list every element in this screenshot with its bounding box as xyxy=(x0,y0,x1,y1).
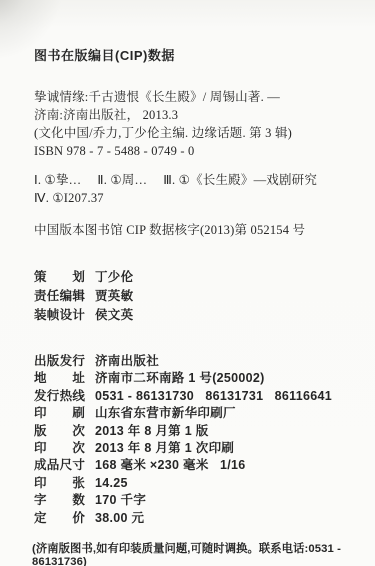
classification-line: Ⅰ. ①挚… Ⅱ. ①周… Ⅲ. ①《长生殿》—戏剧研究 xyxy=(34,171,355,189)
publication-value: 2013 年 8 月第 1 次印刷 xyxy=(95,440,234,457)
publication-label: 印 张 xyxy=(34,475,86,492)
credit-value: 贾英敏 xyxy=(95,287,133,306)
cip-record-line: 济南:济南出版社， 2013.3 xyxy=(34,106,355,124)
publication-value: 济南出版社 xyxy=(95,353,159,370)
publication-value: 济南市二环南路 1 号(250002) xyxy=(95,370,265,387)
publication-value: 0531 - 86131730 86131731 86116641 xyxy=(95,388,332,405)
credit-value: 丁少伦 xyxy=(95,268,133,287)
publication-row: 定 价 38.00 元 xyxy=(34,510,355,527)
cip-record-line: (文化中国/乔力,丁少伦主编. 边缘话题. 第 3 辑) xyxy=(34,124,355,142)
publication-label: 地 址 xyxy=(34,370,86,387)
publication-value: 168 毫米 ×230 毫米 1/16 xyxy=(95,457,245,474)
publication-row: 发行热线 0531 - 86131730 86131731 86116641 xyxy=(34,388,355,405)
cip-record-line: ISBN 978 - 7 - 5488 - 0749 - 0 xyxy=(34,142,355,160)
cip-registry-line: 中国版本图书馆 CIP 数据核字(2013)第 052154 号 xyxy=(34,221,355,239)
credit-label: 责任编辑 xyxy=(34,287,86,306)
publication-block: 出版发行 济南出版社 地 址 济南市二环南路 1 号(250002) 发行热线 … xyxy=(34,353,355,527)
publication-value: 38.00 元 xyxy=(95,510,144,527)
publication-row: 版 次 2013 年 8 月第 1 版 xyxy=(34,423,355,440)
publication-row: 地 址 济南市二环南路 1 号(250002) xyxy=(34,370,355,387)
credit-row: 装帧设计 侯文英 xyxy=(34,306,355,325)
publication-row: 印 张 14.25 xyxy=(34,475,355,492)
publication-value: 山东省东营市新华印刷厂 xyxy=(95,405,236,422)
publication-label: 版 次 xyxy=(34,423,86,440)
publication-label: 字 数 xyxy=(34,492,86,509)
publication-label: 定 价 xyxy=(34,510,86,527)
cip-heading: 图书在版编目(CIP)数据 xyxy=(34,45,355,64)
classification-block: Ⅰ. ①挚… Ⅱ. ①周… Ⅲ. ①《长生殿》—戏剧研究 Ⅳ. ①I207.37 xyxy=(34,171,355,207)
publication-value: 170 千字 xyxy=(95,492,146,509)
publication-label: 印 次 xyxy=(34,440,86,457)
publication-value: 2013 年 8 月第 1 版 xyxy=(95,423,209,440)
publication-label: 出版发行 xyxy=(34,353,86,370)
publication-label: 成品尺寸 xyxy=(34,457,86,474)
credit-row: 责任编辑 贾英敏 xyxy=(34,287,355,306)
publication-row: 字 数 170 千字 xyxy=(34,492,355,509)
publication-value: 14.25 xyxy=(95,475,128,492)
publication-row: 印 次 2013 年 8 月第 1 次印刷 xyxy=(34,440,355,457)
classification-line: Ⅳ. ①I207.37 xyxy=(34,189,355,207)
credit-label: 策 划 xyxy=(34,268,86,287)
quality-note: (济南版图书,如有印装质量问题,可随时调换。联系电话:0531 - 861317… xyxy=(32,540,355,566)
credit-row: 策 划 丁少伦 xyxy=(34,268,355,287)
cip-record-block: 挚诚情缘:千古遗恨《长生殿》/ 周锡山著. — 济南:济南出版社， 2013.3… xyxy=(34,88,355,160)
book-copyright-page: 图书在版编目(CIP)数据 挚诚情缘:千古遗恨《长生殿》/ 周锡山著. — 济南… xyxy=(0,0,375,566)
publication-row: 出版发行 济南出版社 xyxy=(34,353,355,370)
credits-block: 策 划 丁少伦 责任编辑 贾英敏 装帧设计 侯文英 xyxy=(34,268,355,325)
publication-label: 印 刷 xyxy=(34,405,86,422)
publication-label: 发行热线 xyxy=(34,388,86,405)
cip-record-line: 挚诚情缘:千古遗恨《长生殿》/ 周锡山著. — xyxy=(34,88,355,106)
credit-label: 装帧设计 xyxy=(34,306,86,325)
publication-row: 印 刷 山东省东营市新华印刷厂 xyxy=(34,405,355,422)
publication-row: 成品尺寸 168 毫米 ×230 毫米 1/16 xyxy=(34,457,355,474)
credit-value: 侯文英 xyxy=(95,306,133,325)
